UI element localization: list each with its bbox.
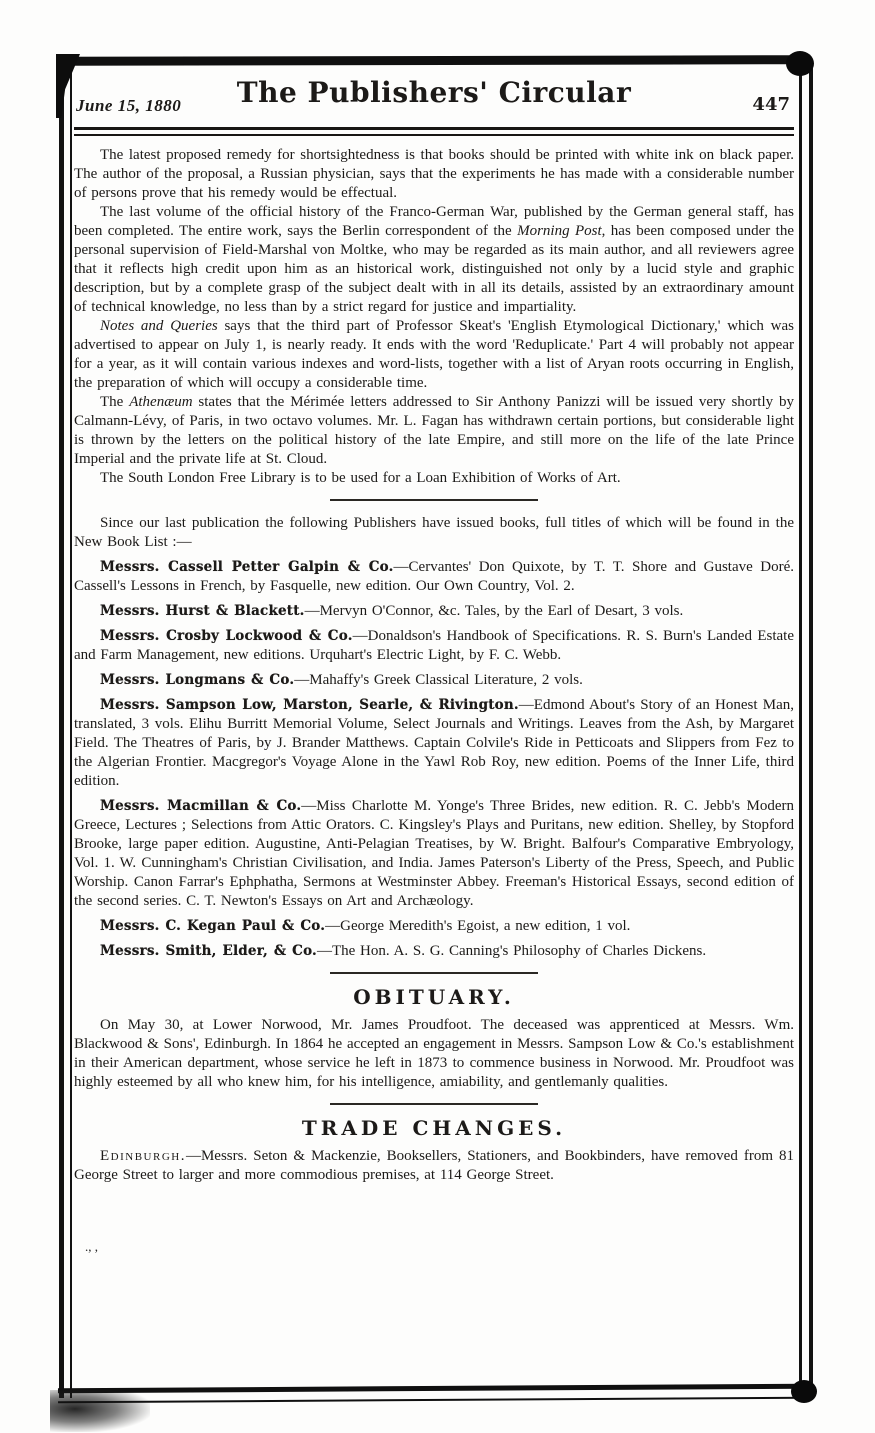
publisher-books: —Mahaffy's Greek Classical Literature, 2… (294, 672, 583, 688)
trade-location: Edinburgh. (100, 1148, 186, 1164)
journal-name: Athenæum (129, 394, 192, 410)
trade-changes-section: TRADE CHANGES. Edinburgh.—Messrs. Seton … (74, 1116, 794, 1185)
paragraph-text: The South London Free Library is to be u… (100, 470, 621, 486)
publisher-entry: Messrs. Sampson Low, Marston, Searle, & … (74, 696, 794, 791)
trade-changes-heading: TRADE CHANGES. (74, 1116, 794, 1140)
journal-name: Morning Post (517, 223, 602, 239)
publisher-books: —Mervyn O'Connor, &c. Tales, by the Earl… (305, 603, 684, 619)
publisher-entry: Messrs. Macmillan & Co.—Miss Charlotte M… (74, 797, 794, 911)
page-border-left (59, 56, 72, 1398)
publisher-entry: Messrs. C. Kegan Paul & Co.—George Mered… (74, 917, 794, 936)
publisher-entry: Messrs. Hurst & Blackett.—Mervyn O'Conno… (74, 602, 794, 621)
section-divider (330, 499, 538, 501)
publisher-books: —Miss Charlotte M. Yonge's Three Brides,… (74, 798, 794, 909)
page-content: June 15, 1880 The Publishers' Circular 4… (74, 70, 794, 1185)
scanned-page: ., , June 15, 1880 The Publishers' Circu… (0, 0, 875, 1433)
section-divider (330, 1103, 538, 1105)
publisher-name: Messrs. Macmillan & Co. (100, 798, 301, 814)
publisher-name: Messrs. Crosby Lockwood & Co. (100, 628, 353, 644)
page-number: 447 (752, 94, 790, 115)
paragraph-text: The (100, 394, 129, 410)
new-books-section: Since our last publication the following… (74, 514, 794, 961)
publisher-entry: Messrs. Crosby Lockwood & Co.—Donaldson'… (74, 627, 794, 665)
page-border-top (62, 55, 804, 66)
news-paragraph: The South London Free Library is to be u… (74, 469, 794, 488)
news-paragraph: The latest proposed remedy for shortsigh… (74, 146, 794, 203)
publisher-name: Messrs. Smith, Elder, & Co. (100, 943, 317, 959)
publisher-books: —The Hon. A. S. G. Canning's Philosophy … (317, 943, 706, 959)
ink-speck: ., , (85, 1243, 99, 1250)
publisher-name: Messrs. Sampson Low, Marston, Searle, & … (100, 697, 519, 713)
ink-blot-bottom-right (791, 1380, 817, 1403)
masthead-rule (74, 127, 794, 136)
publisher-entry: Messrs. Smith, Elder, & Co.—The Hon. A. … (74, 942, 794, 961)
publisher-entry: Messrs. Cassell Petter Galpin & Co.—Cerv… (74, 558, 794, 596)
publisher-name: Messrs. C. Kegan Paul & Co. (100, 918, 325, 934)
obituary-section: OBITUARY. On May 30, at Lower Norwood, M… (74, 985, 794, 1092)
paragraph-text: The latest proposed remedy for shortsigh… (74, 147, 794, 201)
trade-changes-paragraph: Edinburgh.—Messrs. Seton & Mackenzie, Bo… (74, 1147, 794, 1185)
news-paragraph: Notes and Queries says that the third pa… (74, 317, 794, 393)
page-title: The Publishers' Circular (74, 76, 794, 109)
section-divider (330, 972, 538, 974)
publisher-entry: Messrs. Longmans & Co.—Mahaffy's Greek C… (74, 671, 794, 690)
journal-name: Notes and Queries (100, 318, 218, 334)
news-section: The latest proposed remedy for shortsigh… (74, 146, 794, 488)
news-paragraph: The Athenæum states that the Mérimée let… (74, 393, 794, 469)
ink-smudge-bottom-left (50, 1390, 150, 1432)
obituary-heading: OBITUARY. (74, 985, 794, 1009)
publisher-name: Messrs. Hurst & Blackett. (100, 603, 305, 619)
page-border-bottom (58, 1384, 804, 1404)
obituary-paragraph: On May 30, at Lower Norwood, Mr. James P… (74, 1016, 794, 1092)
page-border-right (799, 60, 813, 1390)
publisher-books: —George Meredith's Egoist, a new edition… (325, 918, 630, 934)
publisher-name: Messrs. Cassell Petter Galpin & Co. (100, 559, 394, 575)
new-books-intro: Since our last publication the following… (74, 514, 794, 552)
news-paragraph: The last volume of the official history … (74, 203, 794, 317)
publisher-name: Messrs. Longmans & Co. (100, 672, 294, 688)
masthead: June 15, 1880 The Publishers' Circular 4… (74, 70, 794, 124)
